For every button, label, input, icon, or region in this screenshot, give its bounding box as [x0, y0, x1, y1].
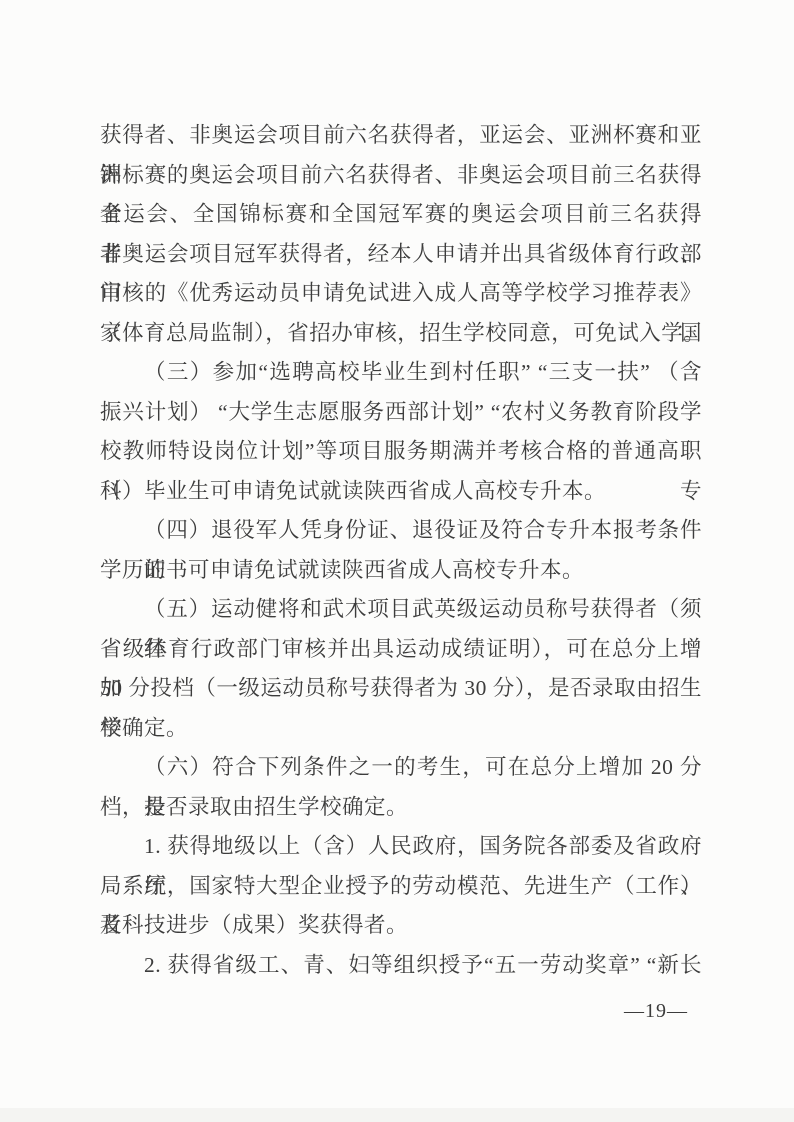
text-line: 50 分投档（一级运动员称号获得者为 30 分），是否录取由招生学: [100, 669, 702, 709]
text-line: 审核的《优秀运动员申请免试进入成人高等学校学习推荐表》（国: [100, 274, 702, 314]
text-line: 1. 获得地级以上（含）人民政府，国务院各部委及省政府厅、: [100, 827, 702, 867]
text-line: （六）符合下列条件之一的考生，可在总分上增加 20 分投: [100, 748, 702, 788]
text-line: （五）运动健将和武术项目武英级运动员称号获得者（须经: [100, 590, 702, 630]
document-page: 获得者、非奥运会项目前六名获得者，亚运会、亚洲杯赛和亚洲锦标赛的奥运会项目前六名…: [0, 0, 794, 1122]
text-line: 校教师特设岗位计划”等项目服务期满并考核合格的普通高职（专: [100, 432, 702, 472]
text-line: （四）退役军人凭身份证、退役证及符合专升本报考条件的: [100, 511, 702, 551]
text-line: 锦标赛的奥运会项目前六名获得者、非奥运会项目前三名获得者，: [100, 156, 702, 196]
text-lines: 获得者、非奥运会项目前六名获得者，亚运会、亚洲杯赛和亚洲锦标赛的奥运会项目前六名…: [100, 116, 702, 985]
text-line: 非奥运会项目冠军获得者，经本人申请并出具省级体育行政部门: [100, 235, 702, 275]
text-line: 振兴计划） “大学生志愿服务西部计划” “农村义务教育阶段学: [100, 393, 702, 433]
text-line: 省级体育行政部门审核并出具运动成绩证明），可在总分上增加: [100, 630, 702, 670]
scan-edge-artifact: [0, 1108, 794, 1122]
text-line: 校确定。: [100, 709, 702, 749]
page-number: —19—: [624, 1000, 688, 1023]
text-line: 学历证书可申请免试就读陕西省成人高校专升本。: [100, 551, 702, 591]
text-line: 2. 获得省级工、青、妇等组织授予“五一劳动奖章” “新长: [100, 946, 702, 986]
text-line: 获得者、非奥运会项目前六名获得者，亚运会、亚洲杯赛和亚洲: [100, 116, 702, 156]
text-line: 全运会、全国锦标赛和全国冠军赛的奥运会项目前三名获得者、: [100, 195, 702, 235]
text-line: 家体育总局监制），省招办审核，招生学校同意，可免试入学。: [100, 314, 702, 354]
text-line: 及科技进步（成果）奖获得者。: [100, 906, 702, 946]
text-line: （三）参加“选聘高校毕业生到村任职” “三支一扶” （含: [100, 353, 702, 393]
text-line: 局系统，国家特大型企业授予的劳动模范、先进生产（工作）者: [100, 867, 702, 907]
text-line: 档，是否录取由招生学校确定。: [100, 788, 702, 828]
